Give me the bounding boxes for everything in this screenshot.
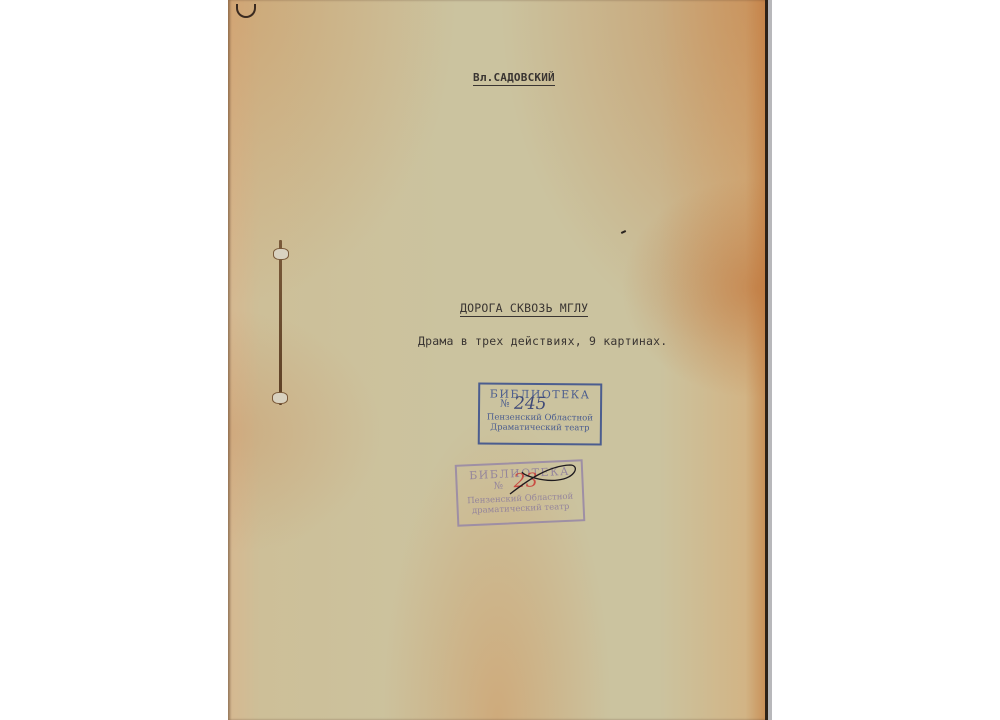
stamp-number-row: № 245 [500, 399, 600, 414]
library-stamp-blue: БИБЛИОТЕКА № 245 Пензенский Областной Др… [478, 382, 603, 445]
page-edge-shadow [768, 0, 772, 720]
author-name: Вл.САДОВСКИЙ [473, 71, 555, 86]
binding-thread [279, 240, 282, 405]
stamp-line-2: Драматический театр [480, 422, 600, 433]
number-sign: № [500, 399, 510, 410]
handwritten-number: 245 [514, 394, 547, 414]
document-page [228, 0, 767, 720]
play-title: ДОРОГА СКВОЗЬ МГЛУ [460, 301, 588, 317]
strike-through-loop [508, 462, 578, 496]
binding-knot-bottom [272, 392, 288, 404]
play-subtitle: Драма в трех действиях, 9 картинах. [418, 334, 667, 348]
binding-knot-top [273, 248, 289, 260]
number-sign: № [493, 481, 503, 492]
